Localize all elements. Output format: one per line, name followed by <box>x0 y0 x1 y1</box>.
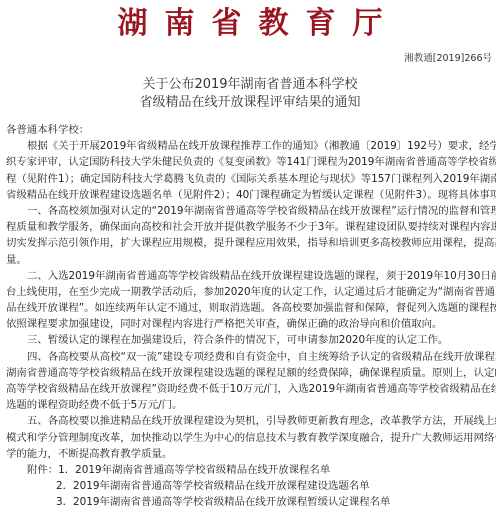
paragraph-1-line: 一、各高校须加强对认定的“2019年湖南省普通高等学校省级精品在线开放课程”运行… <box>6 203 496 219</box>
attachments-label: 附件： <box>27 464 58 476</box>
paragraph-5-line: 模式和学分管理制度改革，加快推动以学生为中心的信息技术与教育教学深度融合，提升广… <box>6 430 496 446</box>
agency-title: 湖南省教育厅 <box>0 6 500 42</box>
paragraph-2-line: 依照课程要求加强建设，同时对课程内容进行严格把关审查，确保正确的政治导向和价值取… <box>6 316 496 332</box>
attachment-link-1[interactable]: 1．2019年湖南省普通高等学校省级精品在线开放课程名单 <box>58 464 330 476</box>
paragraph-1-line: 切实发挥示范引领作用，扩大课程应用规模，提升课程应用效果，指导和培训更多高校教师… <box>6 235 496 251</box>
paragraph-intro-line: 根据《关于开展2019年省级精品在线开放课程推荐工作的通知》（湘教通〔2019〕… <box>6 138 496 154</box>
paragraph-2-line: 二、入选2019年湖南省普通高等学校省级精品在线开放课程建设选题的课程，须于20… <box>6 268 496 284</box>
paragraph-2-line: 台上线使用，在至少完成一期教学活动后，参加2020年度的认定工作，认定通过后才能… <box>6 284 496 300</box>
notice-title-line-2: 省级精品在线开放课程评审结果的通知 <box>0 94 500 112</box>
paragraph-4-line: 高等学校省级精品在线开放课程”资助经费不低于10万元/门，入选2019年湖南省普… <box>6 381 496 397</box>
notice-body: 各普通本科学校： 根据《关于开展2019年省级精品在线开放课程推荐工作的通知》（… <box>6 122 496 511</box>
notice-title-line-1: 关于公布2019年湖南省普通本科学校 <box>0 76 500 94</box>
attachment-item-1: 附件：1．2019年湖南省普通高等学校省级精品在线开放课程名单 <box>6 462 496 478</box>
paragraph-intro-line: 程（见附件1）；确定国防科技大学葛腾飞负责的《国际关系基本理论与现状》等157门… <box>6 171 496 187</box>
paragraph-5-line: 五、各高校要以推进精品在线开放课程建设为契机，引导教师更新教育理念，改革教学方法… <box>6 413 496 429</box>
paragraph-1-line: 程质量和教学服务，确保面向高校和社会开放并提供教学服务不少于3年。课程建设团队要… <box>6 219 496 235</box>
attachment-link-3[interactable]: 3．2019年湖南省普通高等学校省级精品在线开放课程暂缓认定课程名单 <box>6 494 496 510</box>
document-number: 湘教通[2019]266号 <box>404 53 492 65</box>
paragraph-4-line: 四、各高校要从高校“双一流”建设专项经费和自有资金中，自主统筹给予认定的省级精品… <box>6 349 496 365</box>
attachment-link-2[interactable]: 2．2019年湖南省普通高等学校省级精品在线开放课程建设选题名单 <box>6 478 496 494</box>
paragraph-5-line: 学的能力，不断提高教育教学质量。 <box>6 446 496 462</box>
paragraph-intro-line: 织专家评审，认定国防科技大学朱健民负责的《复变函数》等141门课程为2019年湖… <box>6 154 496 170</box>
paragraph-intro-line: 省级精品在线开放课程建设选题名单（见附件2）；40门课程确定为暂缓认定课程（见附… <box>6 187 496 203</box>
paragraph-4-line: 选题的课程资助经费不低于5万元/门。 <box>6 397 496 413</box>
paragraph-3-line: 三、暂缓认定的课程在加强建设后，符合条件的情况下，可申请参加2020年度的认定工… <box>6 332 496 348</box>
paragraph-2-line: 品在线开放课程”。如连续两年认定不通过，则取消选题。各高校要加强监督和保障，督促… <box>6 300 496 316</box>
paragraph-1-line: 量。 <box>6 252 496 268</box>
notice-title: 关于公布2019年湖南省普通本科学校 省级精品在线开放课程评审结果的通知 <box>0 76 500 112</box>
salutation: 各普通本科学校： <box>6 122 496 138</box>
paragraph-4-line: 湖南省普通高等学校省级精品在线开放课程建设选题的课程足额的经费保障，确保课程质量… <box>6 365 496 381</box>
